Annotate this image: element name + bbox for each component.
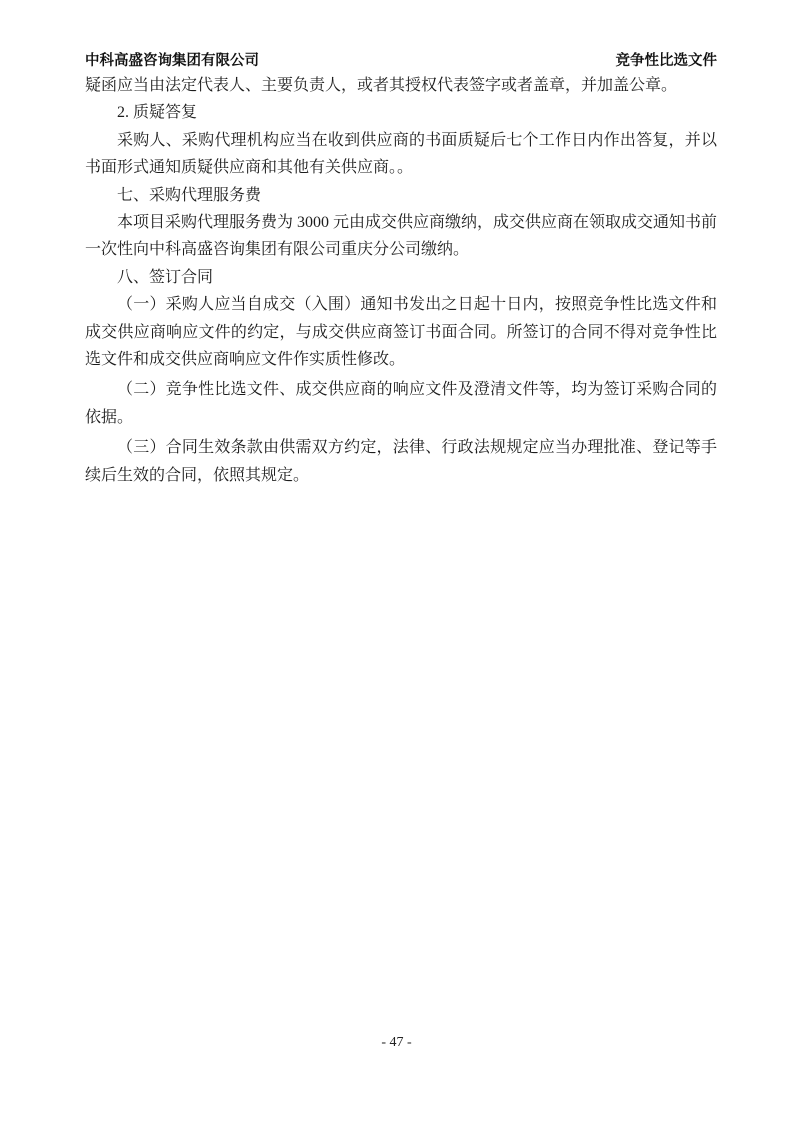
header-doc-type: 竞争性比选文件 <box>616 49 718 70</box>
paragraph-agency-fee: 本项目采购代理服务费为 3000 元由成交供应商缴纳，成交供应商在领取成交通知书… <box>85 209 717 264</box>
header-company-name: 中科高盛咨询集团有限公司 <box>85 49 259 70</box>
paragraph-contract-item-1: （一）采购人应当自成交（入围）通知书发出之日起十日内，按照竞争性比选文件和成交供… <box>85 291 717 373</box>
paragraph-question-reply: 采购人、采购代理机构应当在收到供应商的书面质疑后七个工作日内作出答复，并以书面形… <box>85 127 717 182</box>
document-page: 中科高盛咨询集团有限公司 竞争性比选文件 疑函应当由法定代表人、主要负责人，或者… <box>0 0 793 1122</box>
document-body: 疑函应当由法定代表人、主要负责人，或者其授权代表签字或者盖章，并加盖公章。 2.… <box>85 72 717 489</box>
paragraph-continuation: 疑函应当由法定代表人、主要负责人，或者其授权代表签字或者盖章，并加盖公章。 <box>85 72 717 99</box>
page-footer: - 47 - <box>0 1035 793 1051</box>
paragraph-contract-item-3: （三）合同生效条款由供需双方约定，法律、行政法规规定应当办理批准、登记等手续后生… <box>85 434 717 489</box>
heading-section-7-agency-fee: 七、采购代理服务费 <box>85 182 717 209</box>
subheading-question-reply: 2. 质疑答复 <box>85 99 717 126</box>
paragraph-contract-item-2: （二）竞争性比选文件、成交供应商的响应文件及澄清文件等，均为签订采购合同的依据。 <box>85 376 717 431</box>
page-number: - 47 - <box>381 1035 411 1050</box>
page-header: 中科高盛咨询集团有限公司 竞争性比选文件 <box>85 49 717 70</box>
heading-section-8-contract-signing: 八、签订合同 <box>85 264 717 291</box>
